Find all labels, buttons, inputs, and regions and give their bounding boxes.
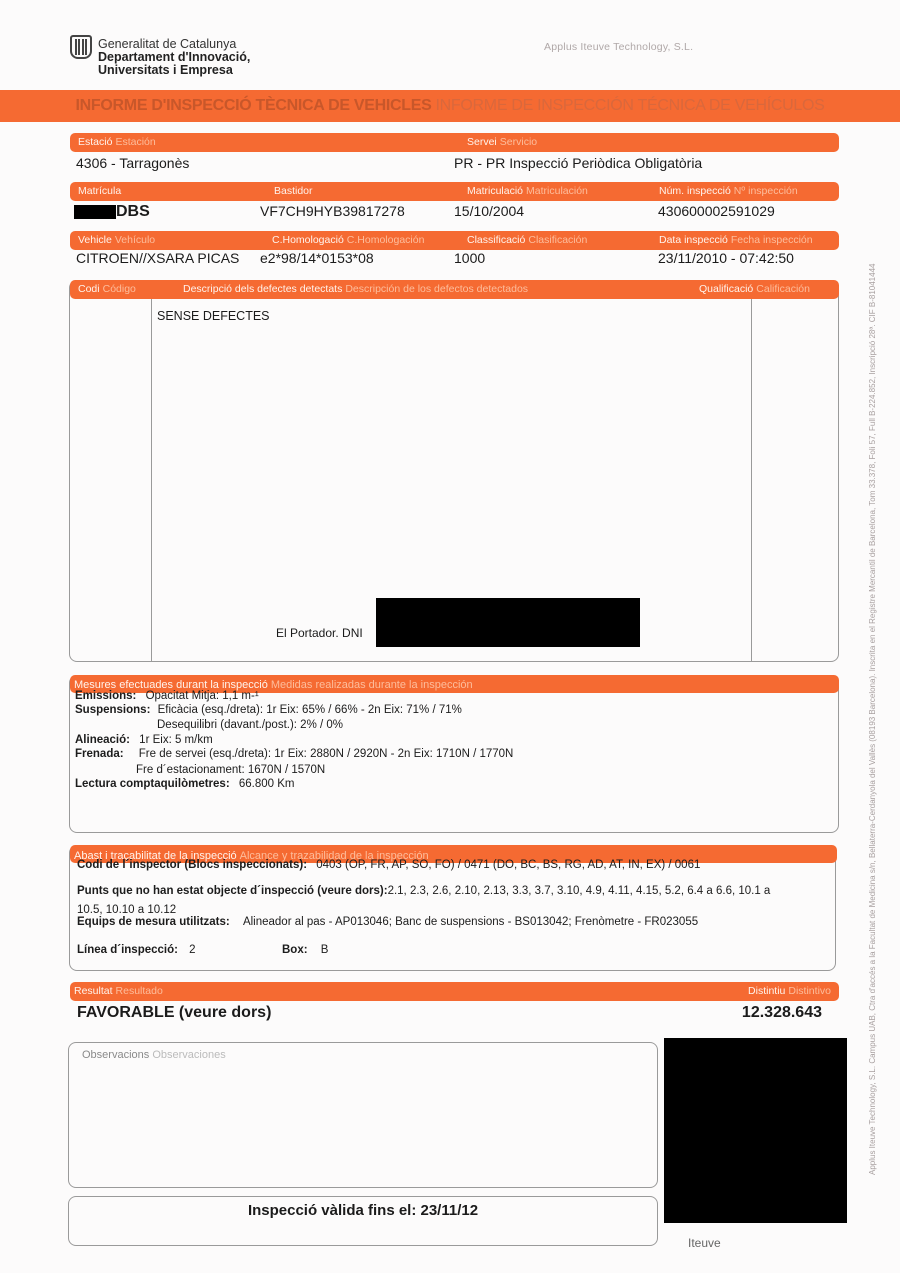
catalonia-shield-icon bbox=[70, 35, 92, 59]
column-divider bbox=[751, 299, 752, 661]
line-value: 2 bbox=[189, 944, 195, 956]
vehicle-info-header: VehicleVehículo C.HomologacióC.Homologac… bbox=[70, 231, 839, 250]
code-label: Codi bbox=[78, 283, 100, 295]
bearer-label: El Portador. DNI bbox=[276, 626, 363, 640]
registration-label: Matriculació bbox=[467, 185, 523, 197]
inspector-label: Codi de l´inspector (Blocs inspeccionats… bbox=[77, 859, 307, 871]
badge-label: Distintiu bbox=[748, 985, 785, 997]
line-label: Línea d´inspecció: bbox=[77, 944, 178, 956]
registration-value: 15/10/2004 bbox=[454, 203, 524, 219]
vehicle-label: Vehicle bbox=[78, 234, 112, 246]
title-catalan: INFORME D'INSPECCIÓ TÈCNICA DE VEHICLES bbox=[76, 97, 432, 115]
service-value: PR - PR Inspecció Periòdica Obligatòria bbox=[454, 155, 702, 171]
service-label: ServeiServicio bbox=[467, 136, 537, 148]
station-value: 4306 - Tarragonès bbox=[76, 155, 189, 171]
plate-label: Matrícula bbox=[78, 185, 121, 197]
vehicle-id-header: Matrícula Bastidor MatriculacióMatricula… bbox=[70, 182, 839, 201]
uninspected-points-cont: 10.5, 10.10 a 10.12 bbox=[77, 904, 176, 916]
parking-brake-value: Fre d´estacionament: 1670N / 1570N bbox=[136, 764, 325, 776]
inspection-number-value: 430600002591029 bbox=[658, 203, 775, 219]
defects-header: CodiCódigo Descripció dels defectes dete… bbox=[70, 280, 839, 299]
plate-value: DBS bbox=[116, 203, 150, 221]
alignment-label: Alineació: bbox=[75, 734, 130, 746]
column-divider bbox=[151, 299, 152, 661]
inspection-date-label: Data inspecció bbox=[659, 234, 728, 246]
equipment-value: Alineador al pas - AP013046; Banc de sus… bbox=[243, 916, 698, 928]
inspection-number-label: Núm. inspecció bbox=[659, 185, 731, 197]
station-label: EstacióEstación bbox=[78, 136, 156, 148]
uninspected-points-label: Punts que no han estat objecte d´inspecc… bbox=[77, 885, 388, 897]
suspension-imbalance: Desequilibri (davant./post.): 2% / 0% bbox=[157, 719, 343, 731]
chassis-value: VF7CH9HYB39817278 bbox=[260, 203, 405, 219]
emissions-value: Opacitat Mitja: 1,1 m-¹ bbox=[146, 690, 259, 702]
legal-side-text: Applus Iteuve Technology, S.L. Campus UA… bbox=[868, 135, 877, 1175]
alignment-value: 1r Eix: 5 m/km bbox=[139, 734, 212, 746]
result-label: Resultat bbox=[74, 985, 113, 997]
government-name: Generalitat de Catalunya bbox=[98, 37, 236, 51]
department-name: Departament d'Innovació, bbox=[98, 50, 250, 64]
chassis-label: Bastidor bbox=[274, 185, 313, 197]
department-name-cont: Universitats i Empresa bbox=[98, 63, 233, 77]
qualification-label: Qualificació bbox=[699, 283, 753, 295]
inspection-date-value: 23/11/2010 - 07:42:50 bbox=[658, 250, 794, 266]
suspension-label: Suspensions: bbox=[75, 704, 150, 716]
vehicle-value: CITROEN//XSARA PICAS bbox=[76, 250, 239, 266]
result-header: ResultatResultado DistintiuDistintivo bbox=[70, 982, 839, 1001]
equipment-label: Equips de mesura utilitzats: bbox=[77, 916, 230, 928]
result-value: FAVORABLE (veure dors) bbox=[77, 1004, 271, 1022]
badge-value: 12.328.643 bbox=[742, 1004, 822, 1022]
defects-text: SENSE DEFECTES bbox=[157, 309, 270, 323]
dni-redaction bbox=[376, 598, 640, 647]
description-label: Descripció dels defectes detectats bbox=[183, 283, 342, 295]
company-name: Applus Iteuve Technology, S.L. bbox=[544, 41, 693, 53]
observations-label: Observacions Observaciones bbox=[82, 1049, 226, 1061]
inspector-value: 0403 (OP, FR, AP, SO, FO) / 0471 (DO, BC… bbox=[316, 859, 700, 871]
homologation-value: e2*98/14*0153*08 bbox=[260, 250, 374, 266]
stamp-redaction bbox=[664, 1038, 847, 1223]
station-service-header: EstacióEstación ServeiServicio bbox=[70, 133, 839, 152]
service-brake-value: Fre de servei (esq./dreta): 1r Eix: 2880… bbox=[139, 748, 514, 760]
homologation-label: C.Homologació bbox=[272, 234, 344, 246]
braking-label: Frenada: bbox=[75, 748, 124, 760]
stamp-text: Iteuve bbox=[688, 1236, 721, 1250]
odometer-label: Lectura comptaquilòmetres: bbox=[75, 778, 230, 790]
document-title: INFORME D'INSPECCIÓ TÈCNICA DE VEHICLES … bbox=[0, 90, 900, 122]
emissions-label: Emissions: bbox=[75, 690, 136, 702]
validity-text: Inspecció vàlida fins el: 23/11/12 bbox=[68, 1202, 658, 1219]
classification-label: Classificació bbox=[467, 234, 525, 246]
box-value: B bbox=[321, 944, 329, 956]
title-spanish: INFORME DE INSPECCIÓN TÉCNICA DE VEHÍCUL… bbox=[436, 97, 825, 115]
uninspected-points-value: 2.1, 2.3, 2.6, 2.10, 2.13, 3.3, 3.7, 3.1… bbox=[388, 885, 771, 897]
box-label: Box: bbox=[282, 944, 308, 956]
suspension-efficacy: Eficàcia (esq./dreta): 1r Eix: 65% / 66%… bbox=[158, 704, 462, 716]
observations-box bbox=[68, 1042, 658, 1188]
classification-value: 1000 bbox=[454, 250, 485, 266]
odometer-value: 66.800 Km bbox=[239, 778, 295, 790]
plate-redaction bbox=[74, 205, 116, 219]
